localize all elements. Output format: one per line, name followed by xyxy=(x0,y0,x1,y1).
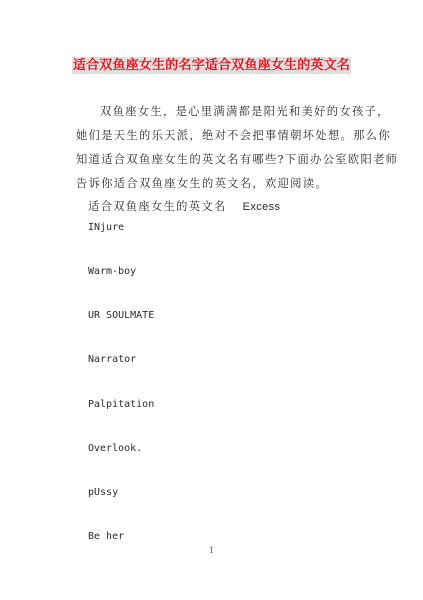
name-excess: Excess xyxy=(243,201,281,213)
intro-line-2: 她们是天生的乐天派，绝对不会把事情朝坏处想。那么你 xyxy=(76,127,391,143)
name-item-7: pUssy xyxy=(88,487,118,498)
page-number: 1 xyxy=(209,546,214,555)
intro-line-4: 告诉你适合双鱼座女生的英文名，欢迎阅读。 xyxy=(76,175,328,191)
name-item-2: Warm-boy xyxy=(88,266,136,277)
list-heading: 适合双鱼座女生的英文名Excess xyxy=(88,198,280,214)
list-heading-text: 适合双鱼座女生的英文名 xyxy=(88,200,227,213)
intro-line-3: 知道适合双鱼座女生的英文名有哪些?下面办公室欧阳老师 xyxy=(76,151,398,167)
name-item-5: Palpitation xyxy=(88,399,154,410)
name-item-6: Overlook. xyxy=(88,443,142,454)
document-title: 适合双鱼座女生的名字适合双鱼座女生的英文名 xyxy=(72,57,351,74)
name-item-1: INjure xyxy=(88,222,124,233)
name-item-8: Be her xyxy=(88,531,124,542)
title-container: 适合双鱼座女生的名字适合双鱼座女生的英文名 xyxy=(0,54,423,74)
name-item-3: UR SOULMATE xyxy=(88,310,154,321)
intro-line-1: 双鱼座女生，是心里满满都是阳光和美好的女孩子， xyxy=(100,103,390,119)
name-item-4: Narrator xyxy=(88,354,136,365)
